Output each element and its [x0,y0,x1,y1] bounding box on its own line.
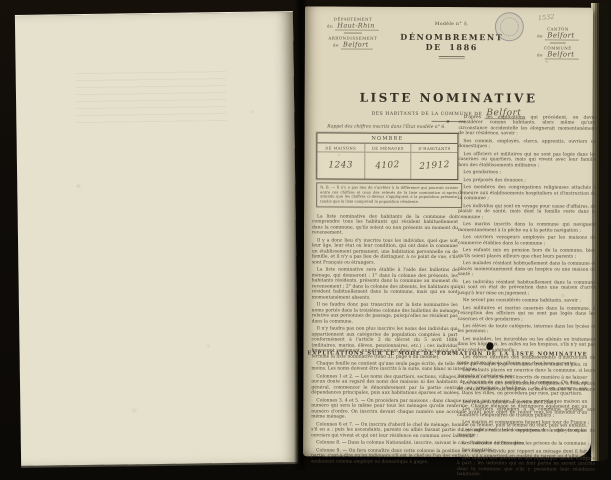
departement-prefix: du [327,23,333,28]
text-paragraph: Ne seront pas considérés comme habitants… [458,298,596,304]
text-paragraph: Les gendarmes ; [458,170,596,176]
col-header-menages: DE MÉNAGES [364,144,411,152]
value-menages: 4102 [375,160,400,172]
divider [550,42,566,43]
text-paragraph: Colonnes 6 et 7. — On inscrira d'abord l… [311,422,587,440]
header-center: Modèle n° 5. DÉNOMBREMENT DE 1886 [393,22,511,60]
table-values-row: 1243 4102 21912 [317,152,457,179]
canton-commune-block: CANTON de Belfort COMMUNE de Belfort [526,26,590,59]
summary-table: NOMBRE DE MAISONS DE MÉNAGES D'HABITANTS… [316,132,458,180]
ornament-rule [439,56,465,59]
text-paragraph: Les ouvriers voyageurs employés par les … [458,235,596,247]
modele-label: Modèle n° 5. [393,22,511,28]
text-paragraph: Les marins inscrits dans la commune qui … [458,222,596,234]
explications-heading: EXPLICATIONS SUR LE MODE DE FORMATION DE… [303,350,591,357]
text-paragraph: La liste nominative des habitants de la … [312,214,458,237]
text-paragraph: Chaque feuille ne contient qu'une seule … [311,361,587,373]
table-header: NOMBRE [317,133,457,144]
text-paragraph: Les élèves de toute catégorie, internes … [458,324,596,336]
value-habitants: 21912 [419,160,450,172]
text-paragraph: Les enfants mis en pension hors de la co… [458,248,596,260]
text-paragraph: Il y a donc lieu d'y inscrire tous les i… [312,238,458,266]
text-paragraph: Colonnes 1 et 2. — Les noms des quartier… [311,374,587,397]
value-maisons: 1243 [328,160,353,170]
text-paragraph: Les malades résidant habituellement dans… [458,261,596,278]
col-header-habitants: D'HABITANTS [411,144,458,152]
instructions-left-column: La liste nominative des habitants de la … [311,214,458,362]
departement-handwritten: Haut-Rhin [335,22,379,31]
text-paragraph: D'après les explications qui précèdent, … [458,115,596,138]
canton-value: de Belfort [526,31,590,40]
nota-box: N. B. — Il n'y a pas lieu de s'arrêter à… [316,182,462,207]
text-paragraph: Colonne 9. — On fera connaître dans cett… [311,448,587,466]
text-paragraph: Les membres des congrégations religieuse… [458,185,596,202]
scanned-register-spread: DÉPARTEMENT du Haut-Rhin ARRONDISSEMENT … [0,0,611,480]
explications-paragraphs: Chaque feuille ne contient qu'une seule … [311,361,587,467]
page-title: LISTE NOMINATIVE [305,90,593,105]
col-header-maisons: DE MAISONS [317,143,364,151]
text-paragraph: Les individus résidant habituellement da… [458,280,596,297]
text-paragraph: Les préposés des douanes ; [458,178,596,184]
commune-value: de Belfort [526,50,590,59]
arrondissement-prefix: de [333,42,339,47]
commune-handwritten: Belfort [545,50,578,59]
pencil-folio-number: 1532 [538,13,555,23]
departement-value: du Haut-Rhin [318,21,388,30]
left-blank-page [15,11,299,466]
census-form-page: DÉPARTEMENT du Haut-Rhin ARRONDISSEMENT … [303,6,593,457]
text-paragraph: Les officiers et militaires qui ne sont … [458,152,596,169]
text-paragraph: Les militaires et marins casernés dans l… [458,306,596,323]
arrondissement-value: de Belfort [318,40,388,49]
commune-prefix: de [537,52,543,57]
canton-handwritten: Belfort [545,31,578,40]
ink-showthrough [76,71,227,123]
text-paragraph: Il ne faudra donc pas transcrire sur la … [312,303,458,326]
divider [344,33,362,34]
departement-block: DÉPARTEMENT du Haut-Rhin ARRONDISSEMENT … [318,16,388,49]
text-paragraph: Les individus qui sont en voyage pour ca… [458,204,596,221]
census-title: DÉNOMBREMENT DE 1886 [393,32,511,53]
text-paragraph: Ses commis, employés, clercs, apprentis,… [458,139,596,151]
text-paragraph: Colonne 8. — Dans la colonne Nationalité… [311,441,587,448]
archive-stamp-icon [495,12,524,41]
text-paragraph: Colonnes 3, 4 et 5. — On procédera par m… [311,398,587,421]
rappel-caption: Rappel des chiffres inscrits dans l'État… [314,124,458,130]
canton-prefix: de [537,33,543,38]
arrondissement-handwritten: Belfort [341,41,373,50]
text-paragraph: La liste nominative sera établie à l'aid… [312,268,458,302]
